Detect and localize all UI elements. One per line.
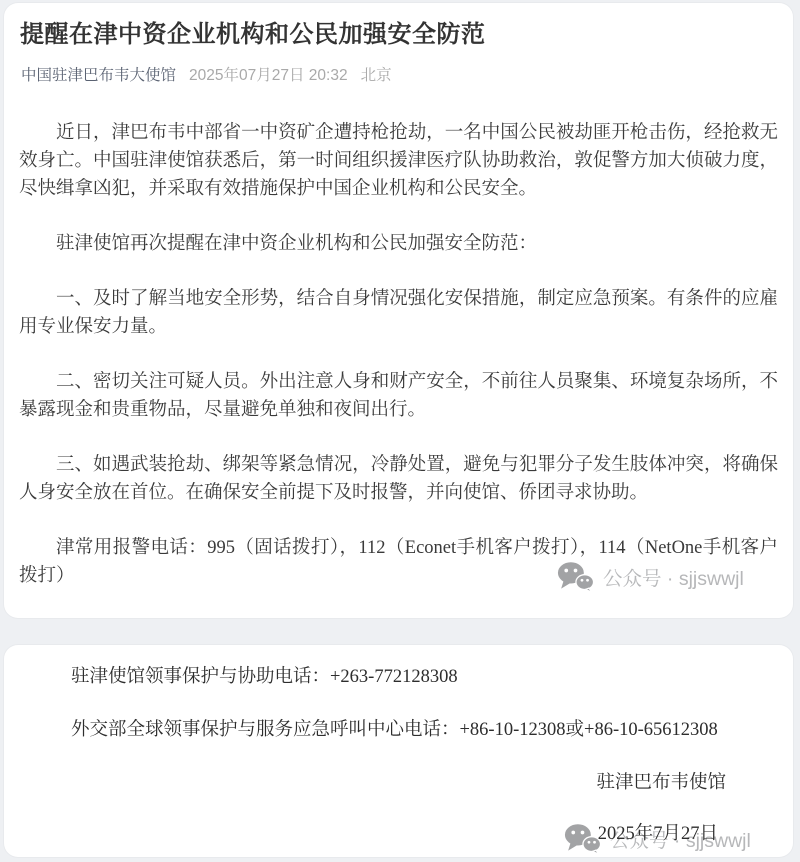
contact-card: 驻津使馆领事保护与协助电话：+263-772128308 外交部全球领事保护与服…: [4, 645, 793, 857]
body-paragraph-item-1: 一、及时了解当地安全形势，结合自身情况强化安保措施，制定应急预案。有条件的应雇用…: [19, 285, 778, 341]
contact-body: 驻津使馆领事保护与协助电话：+263-772128308 外交部全球领事保护与服…: [4, 645, 793, 848]
article-card: 提醒在津中资企业机构和公民加强安全防范 中国驻津巴布韦大使馆 2025年07月2…: [4, 3, 793, 618]
body-paragraph-reminder-intro: 驻津使馆再次提醒在津中资企业机构和公民加强安全防范：: [19, 230, 778, 258]
body-paragraph-incident: 近日，津巴布韦中部省一中资矿企遭持枪抢劫，一名中国公民被劫匪开枪击伤，经抢救无效…: [19, 119, 778, 203]
body-paragraph-item-2: 二、密切关注可疑人员。外出注意人身和财产安全，不前往人员聚集、环境复杂场所，不暴…: [19, 368, 778, 424]
article-body: 近日，津巴布韦中部省一中资矿企遭持枪抢劫，一名中国公民被劫匪开枪击伤，经抢救无效…: [19, 119, 778, 590]
publish-datetime: 2025年07月27日 20:32: [189, 63, 348, 85]
contact-line-mfa-hotline: 外交部全球领事保护与服务应急呼叫中心电话：+86-10-12308或+86-10…: [4, 716, 793, 744]
signature: 驻津巴布韦使馆: [4, 769, 793, 797]
account-name[interactable]: 中国驻津巴布韦大使馆: [21, 63, 176, 85]
signature-date: 2025年7月27日: [4, 820, 793, 848]
publish-location: 北京: [361, 63, 392, 85]
contact-line-embassy: 驻津使馆领事保护与协助电话：+263-772128308: [4, 663, 793, 691]
page-title: 提醒在津中资企业机构和公民加强安全防范: [4, 3, 793, 51]
body-paragraph-item-3: 三、如遇武装抢劫、绑架等紧急情况，冷静处置，避免与犯罪分子发生肢体冲突，将确保人…: [19, 451, 778, 507]
byline: 中国驻津巴布韦大使馆 2025年07月27日 20:32 北京: [21, 63, 777, 85]
body-paragraph-police-numbers: 津常用报警电话：995（固话拨打），112（Econet手机客户拨打），114（…: [19, 534, 778, 590]
